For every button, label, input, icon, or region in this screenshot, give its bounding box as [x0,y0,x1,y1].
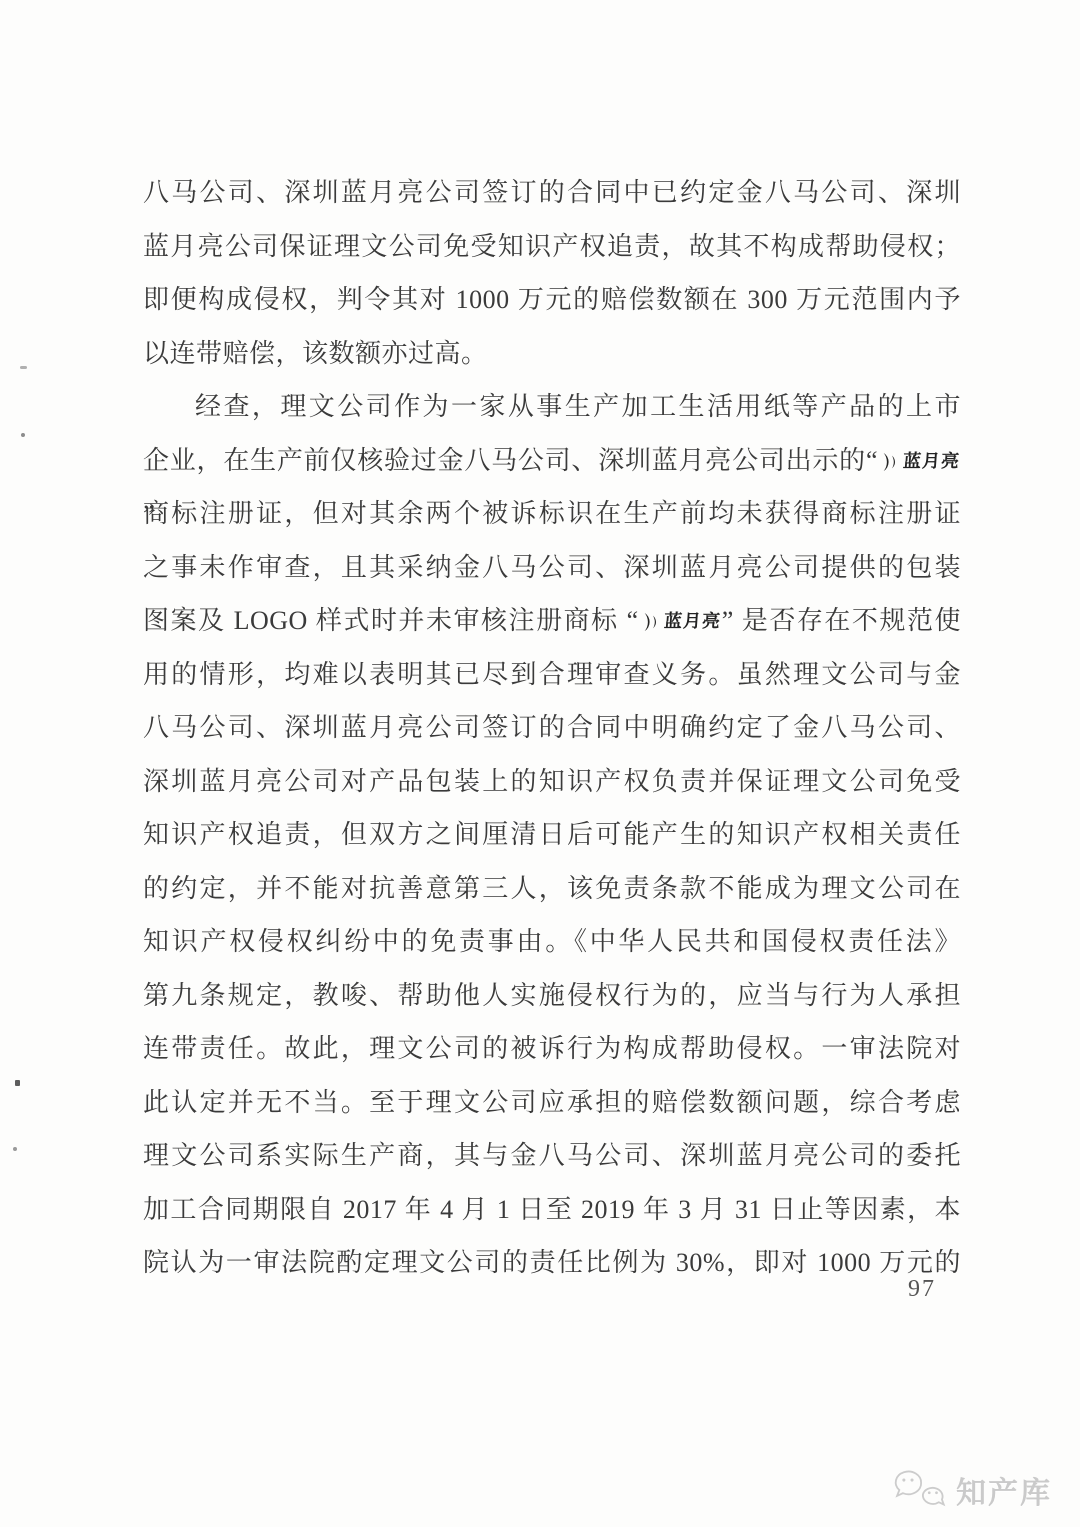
text-line: 图案及 LOGO 样式时并未审核注册商标 “蓝月亮” 是否存在不规范使 [143,594,961,648]
watermark-text: 知产库 [956,1468,1052,1512]
text-line: 此认定并无不当。至于理文公司应承担的赔偿数额问题，综合考虑 [143,1076,961,1130]
blue-moon-trademark: 蓝月亮 [879,435,960,489]
scan-speck [21,433,25,437]
document-page: 八马公司、深圳蓝月亮公司签订的合同中已约定金八马公司、深圳 蓝月亮公司保证理文公… [0,0,1080,1527]
scan-speck [13,1147,17,1151]
crescent-moon-icon [640,611,664,633]
text-line: 用的情形，均难以表明其已尽到合理审查义务。虽然理文公司与金 [143,648,961,702]
line-text: 图案及 LOGO 样式时并未审核注册商标 “ [143,606,639,635]
text-line: 八马公司、深圳蓝月亮公司签订的合同中已约定金八马公司、深圳 [143,166,961,220]
line-text: 企业，在生产前仅核验过金八马公司、深圳蓝月亮公司出示的“ [143,446,878,475]
page-number: 97 [908,1276,936,1303]
text-line: 八马公司、深圳蓝月亮公司签订的合同中明确约定了金八马公司、 [143,701,961,755]
text-line: 加工合同期限自 2017 年 4 月 1 日至 2019 年 3 月 31 日止… [143,1183,961,1237]
blue-moon-trademark: 蓝月亮 [640,595,721,649]
text-line: 商标注册证，但对其余两个被诉标识在生产前均未获得商标注册证 [143,487,961,541]
wechat-icon [893,1468,951,1512]
trademark-text: 蓝月亮 [662,595,723,649]
text-line: 之事未作审查，且其采纳金八马公司、深圳蓝月亮公司提供的包装 [143,541,961,595]
text-line: 知识产权侵权纠纷中的免责事由。《中华人民共和国侵权责任法》 [143,915,961,969]
watermark: 知产库 [893,1468,1052,1512]
text-line: 即便构成侵权，判令其对 1000 万元的赔偿数额在 300 万元范围内予 [143,273,961,327]
text-line: 以连带赔偿，该数额亦过高。 [143,327,961,381]
scan-speck [20,366,27,369]
text-line: 理文公司系实际生产商，其与金八马公司、深圳蓝月亮公司的委托 [143,1129,961,1183]
text-line: 的约定，并不能对抗善意第三人，该免责条款不能成为理文公司在 [143,862,961,916]
text-line: 连带责任。故此，理文公司的被诉行为构成帮助侵权。一审法院对 [143,1022,961,1076]
line-text: ” 是否存在不规范使 [722,606,961,635]
judgment-text-block: 八马公司、深圳蓝月亮公司签订的合同中已约定金八马公司、深圳 蓝月亮公司保证理文公… [143,166,961,1290]
text-line: 经查，理文公司作为一家从事生产加工生活用纸等产品的上市 [143,380,961,434]
text-line: 企业，在生产前仅核验过金八马公司、深圳蓝月亮公司出示的“蓝月亮” [143,434,961,488]
text-line: 深圳蓝月亮公司对产品包装上的知识产权负责并保证理文公司免受 [143,755,961,809]
scan-speck [15,1080,20,1086]
text-line: 院认为一审法院酌定理文公司的责任比例为 30%，即对 1000 万元的 [143,1236,961,1290]
text-line: 蓝月亮公司保证理文公司免受知识产权追责，故其不构成帮助侵权； [143,220,961,274]
text-line: 第九条规定，教唆、帮助他人实施侵权行为的，应当与行为人承担 [143,969,961,1023]
text-line: 知识产权追责，但双方之间厘清日后可能产生的知识产权相关责任 [143,808,961,862]
crescent-moon-icon [879,451,903,473]
trademark-text: 蓝月亮 [901,435,962,489]
